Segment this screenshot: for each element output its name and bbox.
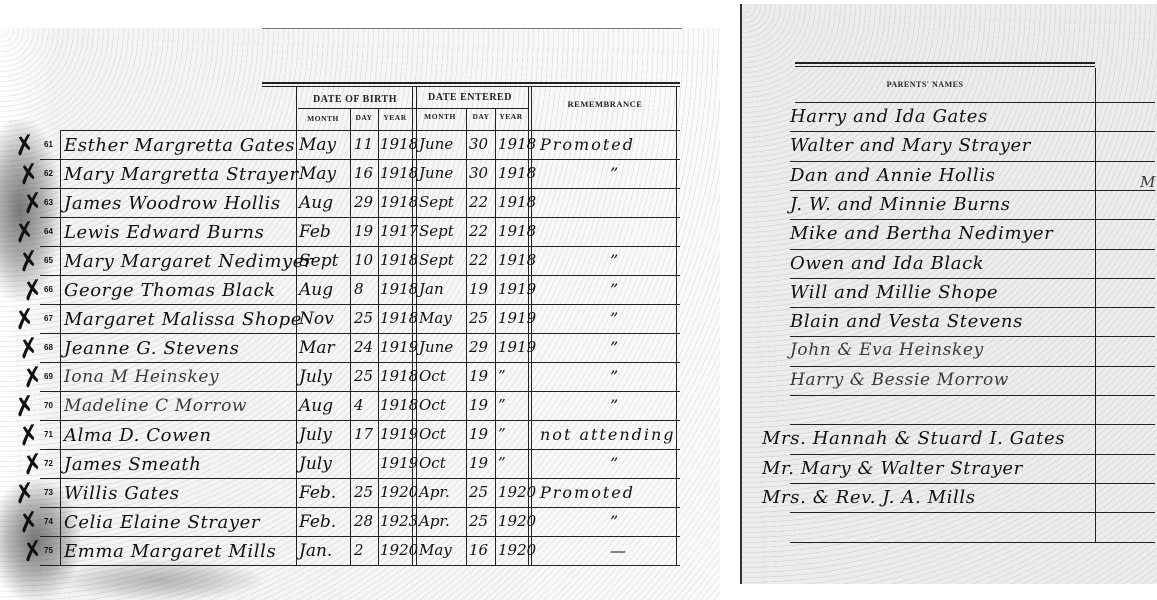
birth-day: 19: [354, 224, 373, 239]
birth-year: 1918: [380, 311, 418, 326]
birth-day: 2: [354, 543, 364, 558]
birth-day: 25: [354, 369, 373, 384]
remembrance-note: ”: [610, 340, 620, 356]
ent-month-header: MONTH: [414, 112, 466, 121]
row-number: 67: [44, 315, 53, 323]
header-bottom-rule: [60, 130, 680, 131]
birth-month: Aug: [299, 398, 333, 415]
row-number: 69: [44, 373, 53, 381]
column-rule: [378, 108, 379, 565]
parents-name: J. W. and Minnie Burns: [790, 196, 1011, 214]
row-rule: [790, 512, 1155, 513]
student-name: Emma Margaret Mills: [64, 543, 276, 561]
entered-month: Sept: [419, 195, 454, 210]
entered-year: 1919: [498, 340, 536, 355]
birth-year: 1918: [380, 398, 418, 413]
row-number: 74: [44, 518, 53, 526]
student-name: James Woodrow Hollis: [64, 195, 281, 213]
entered-day: 16: [469, 543, 488, 558]
birth-day: 29: [354, 195, 373, 210]
row-rule: [40, 565, 680, 566]
column-rule: [1095, 68, 1096, 542]
entered-day: 30: [469, 166, 488, 181]
entered-year: 1920: [498, 485, 536, 500]
ent-year-header: YEAR: [496, 112, 526, 121]
row-rule: [40, 275, 680, 276]
birth-month: Feb: [299, 224, 331, 241]
remembrance-note: ”: [610, 369, 620, 385]
entered-day: 19: [469, 456, 488, 471]
birth-year: 1918: [380, 195, 418, 210]
birth-year: 1920: [380, 485, 418, 500]
birth-month: Feb.: [299, 514, 336, 531]
student-name: Lewis Edward Burns: [64, 224, 264, 242]
header-bottom-rule: [795, 102, 1155, 103]
entered-month: Oct: [419, 456, 446, 471]
entered-year: ”: [498, 456, 506, 471]
entered-day: 22: [469, 253, 488, 268]
remembrance-note: —: [610, 543, 628, 559]
top-rule: [795, 66, 1095, 67]
birth-year: 1919: [380, 340, 418, 355]
row-rule: [40, 217, 680, 218]
row-rule: [40, 362, 680, 363]
row-number: 71: [44, 431, 53, 439]
birth-year: 1923: [380, 514, 418, 529]
entered-month: Sept: [419, 253, 454, 268]
remembrance-note: ”: [610, 253, 620, 269]
remembrance-note: ”: [610, 311, 620, 327]
birth-month: Nov: [299, 311, 334, 328]
entered-month: June: [419, 166, 453, 181]
entered-month: Sept: [419, 224, 454, 239]
entered-day: 19: [469, 427, 488, 442]
parents-name: Blain and Vesta Stevens: [790, 313, 1023, 331]
row-rule: [40, 478, 680, 479]
entered-year: 1919: [498, 282, 536, 297]
birth-day: 24: [354, 340, 373, 355]
entered-year: ”: [498, 369, 506, 384]
parents-name: John & Eva Heinskey: [790, 342, 984, 359]
entered-year: ”: [498, 427, 506, 442]
birth-day: 28: [354, 514, 373, 529]
row-rule: [40, 333, 680, 334]
birth-year: 1919: [380, 427, 418, 442]
birth-month: Mar: [299, 340, 335, 357]
student-name: Esther Margretta Gates: [64, 137, 295, 155]
remembrance-note: Promoted: [540, 485, 635, 501]
ent-day-header: DAY: [467, 112, 495, 121]
row-rule: [40, 246, 680, 247]
row-rule: [790, 454, 1155, 455]
entered-day: 25: [469, 485, 488, 500]
parents-name: Mike and Bertha Nedimyer: [790, 225, 1053, 243]
student-name: Willis Gates: [64, 485, 180, 503]
birth-day: 17: [354, 427, 373, 442]
student-name: Alma D. Cowen: [64, 427, 212, 445]
entered-year: 1919: [498, 311, 536, 326]
remembrance-note: ”: [610, 514, 620, 530]
remembrance-header: REMEMBRANCE: [535, 99, 675, 109]
page-rule: [262, 28, 682, 29]
row-number: 65: [44, 257, 53, 265]
birth-year: 1917: [380, 224, 418, 239]
entered-month: June: [419, 137, 453, 152]
row-rule: [40, 391, 680, 392]
entered-month: Jan: [419, 282, 444, 297]
row-rule: [790, 190, 1155, 191]
row-number: 73: [44, 489, 53, 497]
column-rule: [466, 108, 467, 565]
birth-month: Jan.: [299, 543, 332, 560]
remembrance-note: Promoted: [540, 137, 635, 153]
birth-month: May: [299, 166, 336, 183]
entered-year: 1918: [498, 195, 536, 210]
birth-month: Aug: [299, 282, 333, 299]
entered-year: 1920: [498, 514, 536, 529]
entered-day: 22: [469, 195, 488, 210]
row-rule: [40, 159, 680, 160]
row-rule: [790, 483, 1155, 484]
birth-day: 8: [354, 282, 364, 297]
parents-name: Mr. Mary & Walter Strayer: [762, 460, 1023, 478]
entered-day: 25: [469, 311, 488, 326]
row-rule: [40, 507, 680, 508]
parents-name: Harry and Ida Gates: [790, 108, 988, 126]
row-rule: [790, 424, 1155, 425]
column-rule: [60, 130, 61, 565]
birth-day: 10: [354, 253, 373, 268]
remembrance-note: not attending: [540, 427, 676, 443]
top-double-rule: [795, 62, 1095, 64]
row-rule: [790, 307, 1155, 308]
entered-month: May: [419, 311, 452, 326]
row-rule: [40, 420, 680, 421]
margin-note: M: [1140, 175, 1155, 190]
parents-name: Dan and Annie Hollis: [790, 167, 995, 185]
birth-month: Sept: [299, 253, 338, 270]
entered-year: ”: [498, 398, 506, 413]
entered-month: Oct: [419, 369, 446, 384]
row-rule: [790, 366, 1155, 367]
birth-month: July: [299, 369, 332, 386]
row-rule: [40, 188, 680, 189]
row-number: 61: [44, 141, 53, 149]
parents-name: Harry & Bessie Morrow: [790, 372, 1009, 389]
entered-year: 1918: [498, 166, 536, 181]
entered-month: Apr.: [419, 514, 450, 529]
row-rule: [790, 542, 1155, 543]
birth-day: 16: [354, 166, 373, 181]
student-name: Mary Margretta Strayer: [64, 166, 299, 184]
row-number: 63: [44, 199, 53, 207]
entered-day: 22: [469, 224, 488, 239]
parents-name: Owen and Ida Black: [790, 255, 984, 273]
remembrance-note: ”: [610, 166, 620, 182]
entered-month: Apr.: [419, 485, 450, 500]
entered-day: 29: [469, 340, 488, 355]
birth-day: 4: [354, 398, 364, 413]
row-number: 62: [44, 170, 53, 178]
row-rule: [790, 161, 1155, 162]
row-number: 75: [44, 547, 53, 555]
remembrance-note: ”: [610, 456, 620, 472]
row-rule: [790, 131, 1155, 132]
birth-month: Feb.: [299, 485, 336, 502]
student-name: Mary Margaret Nedimyer: [64, 253, 313, 271]
row-rule: [40, 304, 680, 305]
top-double-rule: [262, 82, 680, 84]
birth-day: 25: [354, 485, 373, 500]
entered-day: 19: [469, 369, 488, 384]
column-rule: [495, 108, 496, 565]
entered-day: 25: [469, 514, 488, 529]
row-rule: [790, 219, 1155, 220]
student-name: Madeline C Morrow: [64, 398, 247, 415]
birth-year: 1918: [380, 137, 418, 152]
entered-day: 19: [469, 282, 488, 297]
student-name: Iona M Heinskey: [64, 369, 219, 386]
dob-year-header: YEAR: [378, 113, 412, 122]
entered-day: 19: [469, 398, 488, 413]
parents-name: Will and Millie Shope: [790, 284, 998, 302]
birth-year: 1919: [380, 456, 418, 471]
student-name: Margaret Malissa Shope: [64, 311, 302, 329]
entered-year: 1918: [498, 137, 536, 152]
student-name: Jeanne G. Stevens: [64, 340, 239, 358]
row-number: 68: [44, 344, 53, 352]
birth-month: July: [299, 427, 332, 444]
birth-year: 1918: [380, 166, 418, 181]
subheader-rule: [298, 108, 528, 109]
remembrance-note: ”: [610, 282, 620, 298]
entered-month: Oct: [419, 398, 446, 413]
date-entered-header: DATE ENTERED: [414, 92, 526, 103]
row-rule: [790, 249, 1155, 250]
entered-year: 1918: [498, 253, 536, 268]
birth-month: May: [299, 137, 336, 154]
dob-day-header: DAY: [350, 113, 378, 122]
row-rule: [790, 395, 1155, 396]
row-number: 64: [44, 228, 53, 236]
student-name: George Thomas Black: [64, 282, 276, 300]
top-rule: [262, 86, 680, 87]
remembrance-note: ”: [610, 398, 620, 414]
student-name: James Smeath: [64, 456, 201, 474]
column-rule: [350, 108, 351, 565]
birth-year: 1918: [380, 369, 418, 384]
entered-year: 1918: [498, 224, 536, 239]
entered-day: 30: [469, 137, 488, 152]
birth-day: 11: [354, 137, 373, 152]
row-number: 66: [44, 286, 53, 294]
birth-month: Aug: [299, 195, 333, 212]
parents-name: Mrs. Hannah & Stuard I. Gates: [762, 430, 1065, 448]
entered-month: Oct: [419, 427, 446, 442]
birth-year: 1918: [380, 253, 418, 268]
birth-year: 1918: [380, 282, 418, 297]
entered-year: 1920: [498, 543, 536, 558]
parents-name: Mrs. & Rev. J. A. Mills: [762, 489, 976, 507]
dob-month-header: MONTH: [298, 114, 348, 123]
row-number: 72: [44, 460, 53, 468]
student-name: Celia Elaine Strayer: [64, 514, 260, 532]
parents-names-header: PARENTS' NAMES: [860, 80, 990, 89]
row-rule: [790, 336, 1155, 337]
row-rule: [40, 536, 680, 537]
parents-name: Walter and Mary Strayer: [790, 137, 1031, 155]
row-rule: [40, 449, 680, 450]
row-rule: [790, 278, 1155, 279]
birth-month: July: [299, 456, 332, 473]
row-number: 70: [44, 402, 53, 410]
birth-day: 25: [354, 311, 373, 326]
entered-month: May: [419, 543, 452, 558]
column-rule: [676, 86, 677, 565]
birth-year: 1920: [380, 543, 418, 558]
date-of-birth-header: DATE OF BIRTH: [300, 94, 410, 105]
entered-month: June: [419, 340, 453, 355]
